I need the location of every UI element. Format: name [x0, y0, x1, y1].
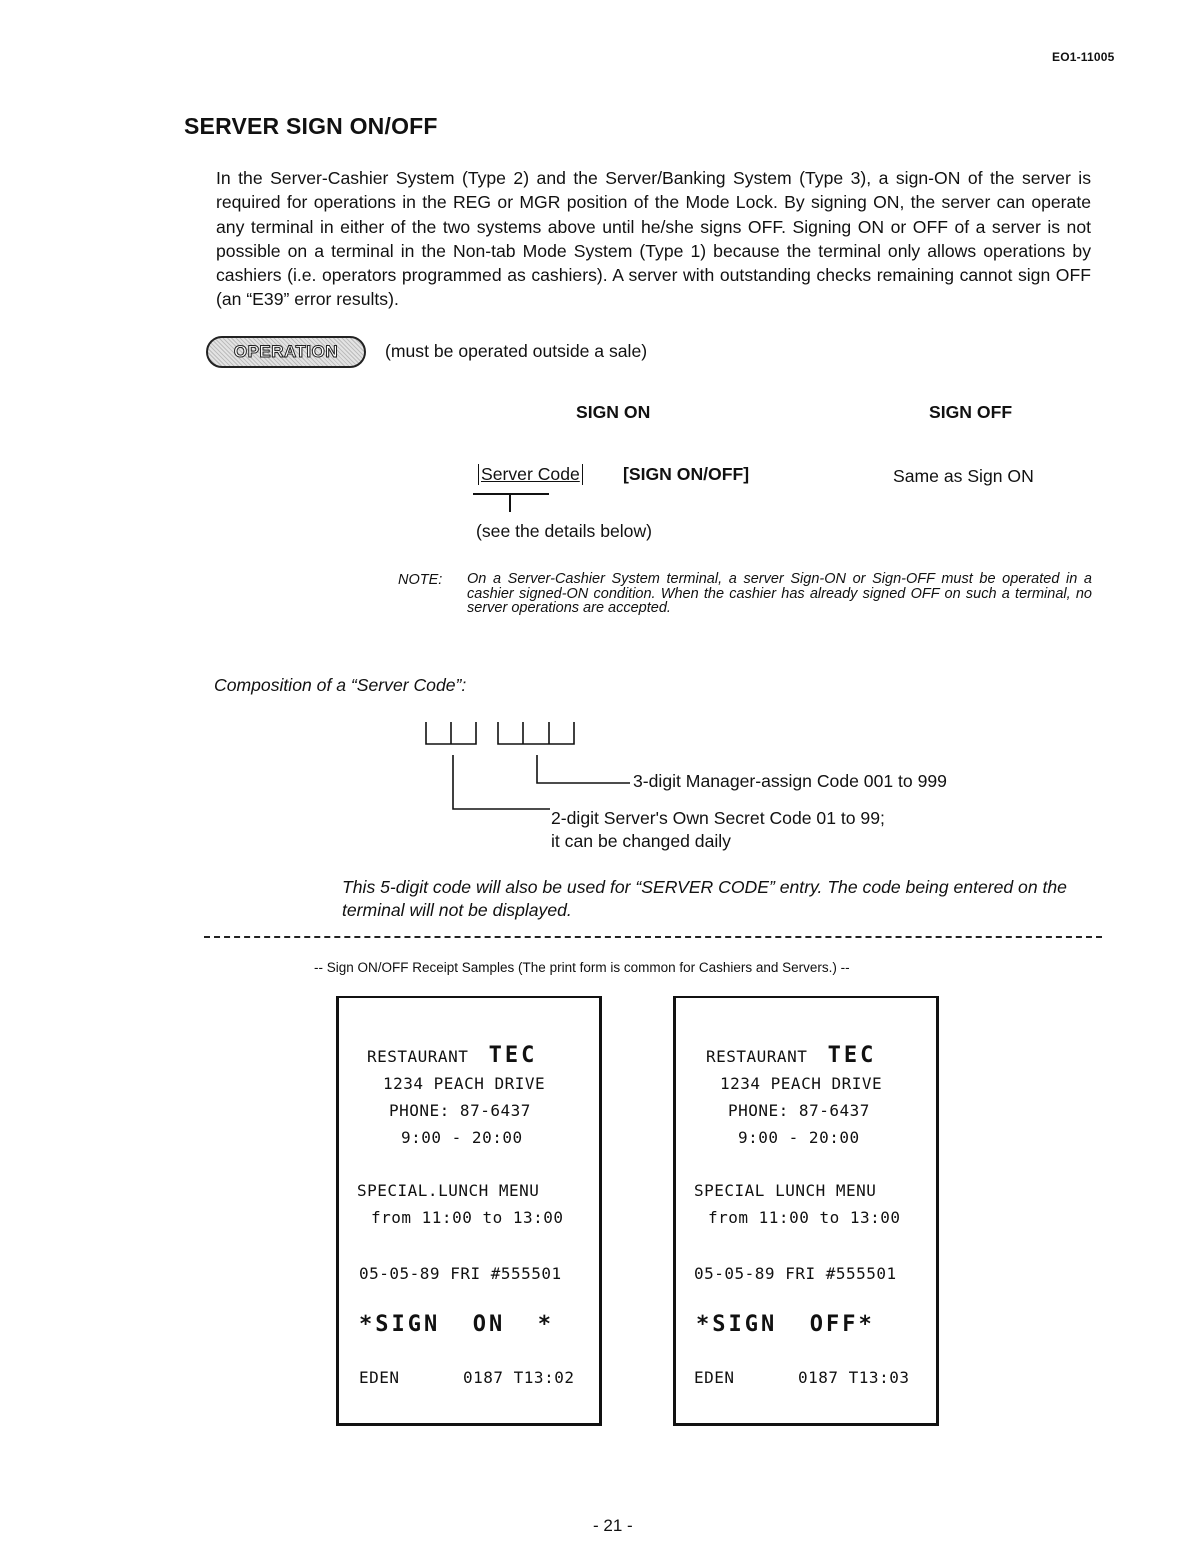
note-label: NOTE:: [398, 572, 442, 588]
receipt-status: *SIGN OFF*: [696, 1312, 875, 1337]
receipt-operator: EDEN: [359, 1368, 400, 1387]
operation-badge: OPERATION: [206, 336, 366, 368]
section-divider: [204, 936, 1102, 938]
secret-code-line-1: 2-digit Server's Own Secret Code 01 to 9…: [551, 807, 885, 830]
receipt-address: 1234 PEACH DRIVE: [383, 1074, 545, 1093]
receipt-operator: EDEN: [694, 1368, 735, 1387]
sign-off-heading: SIGN OFF: [929, 402, 1012, 423]
receipt-hours: 9:00 - 20:00: [401, 1128, 523, 1147]
receipt-promo-time: from 11:00 to 13:00: [371, 1208, 564, 1227]
secret-code-label: 2-digit Server's Own Secret Code 01 to 9…: [551, 807, 885, 853]
receipt-phone: PHONE: 87-6437: [728, 1101, 870, 1120]
receipt-store-name: RESTAURANT TEC: [706, 1043, 876, 1068]
sign-off-instructions: Same as Sign ON: [893, 466, 1034, 487]
operation-condition: (must be operated outside a sale): [385, 341, 647, 362]
server-code-diagram: [420, 715, 640, 815]
section-title: SERVER SIGN ON/OFF: [184, 113, 438, 140]
code-footnote: This 5-digit code will also be used for …: [342, 876, 1082, 922]
document-id: EO1-11005: [1052, 50, 1115, 64]
note-text: On a Server-Cashier System terminal, a s…: [467, 572, 1092, 616]
page-number: - 21 -: [593, 1516, 633, 1536]
receipt-sign-off: RESTAURANT TEC 1234 PEACH DRIVE PHONE: 8…: [673, 996, 939, 1426]
receipt-promo-time: from 11:00 to 13:00: [708, 1208, 901, 1227]
intro-paragraph: In the Server-Cashier System (Type 2) an…: [216, 166, 1091, 312]
see-details-hint: (see the details below): [476, 521, 652, 542]
receipt-promo: SPECIAL.LUNCH MENU: [357, 1181, 539, 1200]
receipt-footer-code: 0187 T13:03: [798, 1368, 909, 1387]
receipt-phone: PHONE: 87-6437: [389, 1101, 531, 1120]
receipt-promo: SPECIAL LUNCH MENU: [694, 1181, 876, 1200]
receipt-hours: 9:00 - 20:00: [738, 1128, 860, 1147]
receipt-address: 1234 PEACH DRIVE: [720, 1074, 882, 1093]
receipt-date-line: 05-05-89 FRI #555501: [694, 1264, 897, 1283]
receipt-status: *SIGN ON *: [359, 1312, 554, 1337]
receipt-sign-on: RESTAURANT TEC 1234 PEACH DRIVE PHONE: 8…: [336, 996, 602, 1426]
server-code-input-key: Server Code: [478, 464, 583, 485]
secret-code-line-2: it can be changed daily: [551, 830, 885, 853]
receipt-footer-code: 0187 T13:02: [463, 1368, 574, 1387]
receipt-brand: TEC: [489, 1043, 538, 1068]
receipt-date-line: 05-05-89 FRI #555501: [359, 1264, 562, 1283]
receipt-samples-caption: -- Sign ON/OFF Receipt Samples (The prin…: [314, 960, 850, 975]
receipt-brand: TEC: [828, 1043, 877, 1068]
operation-badge-label: OPERATION: [234, 342, 338, 362]
sign-on-heading: SIGN ON: [576, 402, 650, 423]
sign-on-off-key: [SIGN ON/OFF]: [623, 464, 749, 485]
composition-label: Composition of a “Server Code”:: [214, 675, 466, 696]
manager-code-label: 3-digit Manager-assign Code 001 to 999: [633, 771, 947, 792]
details-bracket-stem: [509, 494, 511, 512]
receipt-store-name: RESTAURANT TEC: [367, 1043, 537, 1068]
details-bracket-line: [473, 493, 549, 495]
